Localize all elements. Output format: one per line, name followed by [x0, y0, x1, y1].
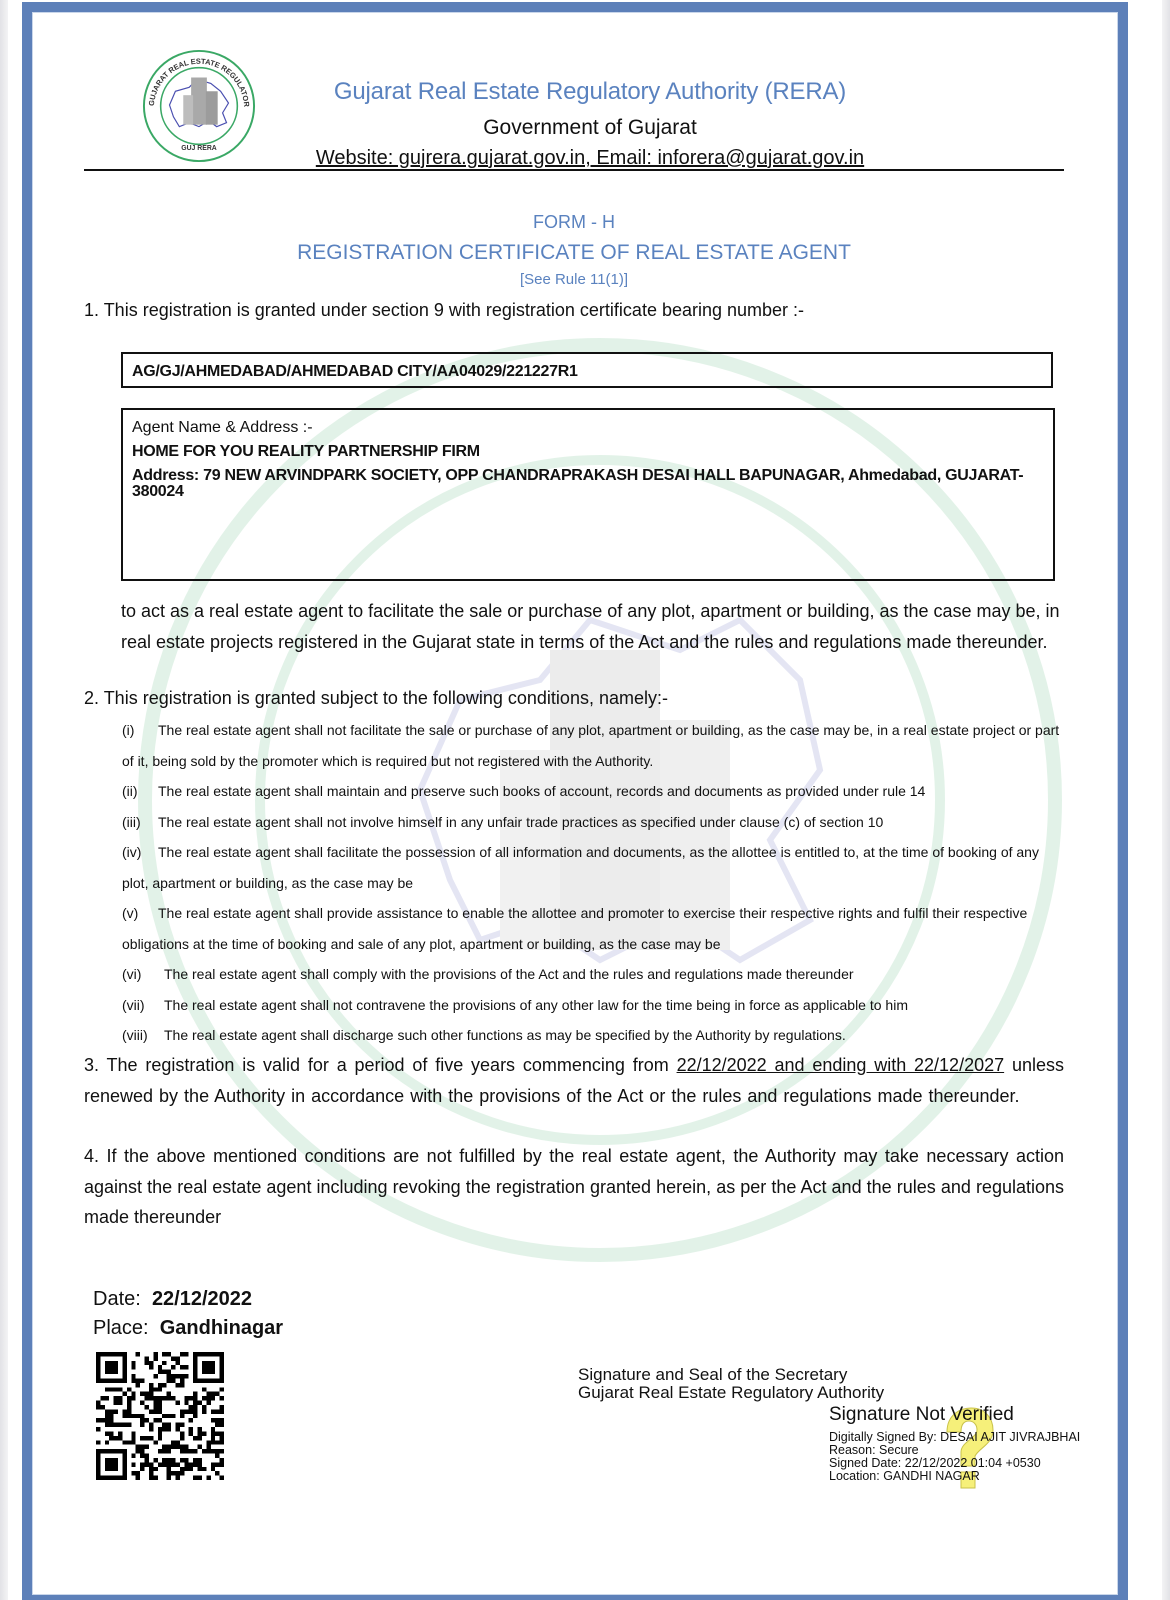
condition-text: The real estate agent shall not contrave…: [164, 997, 908, 1013]
clause-4-text: 4. If the above mentioned conditions are…: [84, 1141, 1064, 1233]
validity-period: 22/12/2022 and ending with 22/12/2027: [677, 1055, 1005, 1075]
condition-item: (i)The real estate agent shall not facil…: [122, 715, 1067, 776]
condition-item: (vi)The real estate agent shall comply w…: [122, 959, 1067, 990]
condition-number: (iv): [122, 837, 158, 868]
gujrera-seal-icon: GUJARAT REAL ESTATE REGULATORY AUTHORITY…: [140, 48, 258, 164]
agent-purpose-text: to act as a real estate agent to facilit…: [121, 596, 1066, 657]
signature-location: Location: GANDHI NAGAR: [829, 1470, 1080, 1483]
condition-text: The real estate agent shall not facilita…: [122, 722, 1059, 769]
page-edge-right: [1162, 0, 1170, 1600]
registration-number-box: AG/GJ/AHMEDABAD/AHMEDABAD CITY/AA04029/2…: [121, 352, 1053, 388]
clause-1-text: 1. This registration is granted under se…: [84, 300, 804, 321]
condition-number: (vii): [122, 990, 164, 1021]
government-subtitle: Government of Gujarat: [270, 116, 910, 140]
contact-line[interactable]: Website: gujrera.gujarat.gov.in, Email: …: [270, 147, 910, 170]
certificate-title: REGISTRATION CERTIFICATE OF REAL ESTATE …: [84, 241, 1064, 265]
issue-place: Place: Gandhinagar: [93, 1317, 283, 1340]
agent-label: Agent Name & Address :-: [132, 419, 313, 437]
agent-details-box: Agent Name & Address :- HOME FOR YOU REA…: [121, 408, 1055, 581]
place-label: Place:: [93, 1317, 149, 1339]
condition-text: The real estate agent shall not involve …: [158, 814, 883, 830]
date-value: 22/12/2022: [152, 1288, 252, 1310]
clause-2-text: 2. This registration is granted subject …: [84, 688, 668, 709]
condition-item: (iii)The real estate agent shall not inv…: [122, 807, 1067, 838]
issue-date: Date: 22/12/2022: [93, 1288, 252, 1311]
clause-3-prefix: 3. The registration is valid for a perio…: [84, 1055, 677, 1075]
condition-number: (v): [122, 898, 158, 929]
signature-caption: Signature and Seal of the Secretary Guja…: [578, 1366, 884, 1402]
date-label: Date:: [93, 1288, 141, 1310]
condition-text: The real estate agent shall facilitate t…: [122, 844, 1039, 891]
condition-text: The real estate agent shall discharge su…: [164, 1027, 846, 1043]
condition-item: (ii)The real estate agent shall maintain…: [122, 776, 1067, 807]
agent-name: HOME FOR YOU REALITY PARTNERSHIP FIRM: [132, 443, 480, 461]
agent-address: Address: 79 NEW ARVINDPARK SOCIETY, OPP …: [132, 468, 1032, 500]
condition-text: The real estate agent shall comply with …: [164, 966, 854, 982]
form-name: FORM - H: [84, 212, 1064, 233]
svg-text:GUJ RERA: GUJ RERA: [181, 145, 217, 152]
condition-number: (i): [122, 715, 158, 746]
condition-number: (vi): [122, 959, 164, 990]
registration-number: AG/GJ/AHMEDABAD/AHMEDABAD CITY/AA04029/2…: [132, 363, 578, 381]
condition-number: (iii): [122, 807, 158, 838]
place-value: Gandhinagar: [160, 1317, 283, 1339]
header-divider: [84, 169, 1064, 171]
signature-line-2: Gujarat Real Estate Regulatory Authority: [578, 1384, 884, 1402]
condition-item: (v)The real estate agent shall provide a…: [122, 898, 1067, 959]
condition-number: (viii): [122, 1020, 164, 1051]
signature-status[interactable]: Signature Not Verified: [829, 1404, 1014, 1426]
condition-text: The real estate agent shall provide assi…: [122, 905, 1027, 952]
qr-code-icon[interactable]: [96, 1352, 224, 1480]
condition-number: (ii): [122, 776, 158, 807]
signature-line-1: Signature and Seal of the Secretary: [578, 1366, 884, 1384]
clause-3-text: 3. The registration is valid for a perio…: [84, 1050, 1064, 1111]
condition-item: (iv)The real estate agent shall facilita…: [122, 837, 1067, 898]
condition-item: (vii)The real estate agent shall not con…: [122, 990, 1067, 1021]
page-edge-left: [0, 0, 8, 1600]
authority-title: Gujarat Real Estate Regulatory Authority…: [270, 78, 910, 106]
condition-item: (viii)The real estate agent shall discha…: [122, 1020, 1067, 1051]
digital-signature-details: Digitally Signed By: DESAI AJIT JIVRAJBH…: [829, 1431, 1080, 1483]
condition-text: The real estate agent shall maintain and…: [158, 783, 925, 799]
rule-reference: [See Rule 11(1)]: [84, 271, 1064, 288]
conditions-list: (i)The real estate agent shall not facil…: [122, 715, 1067, 1051]
